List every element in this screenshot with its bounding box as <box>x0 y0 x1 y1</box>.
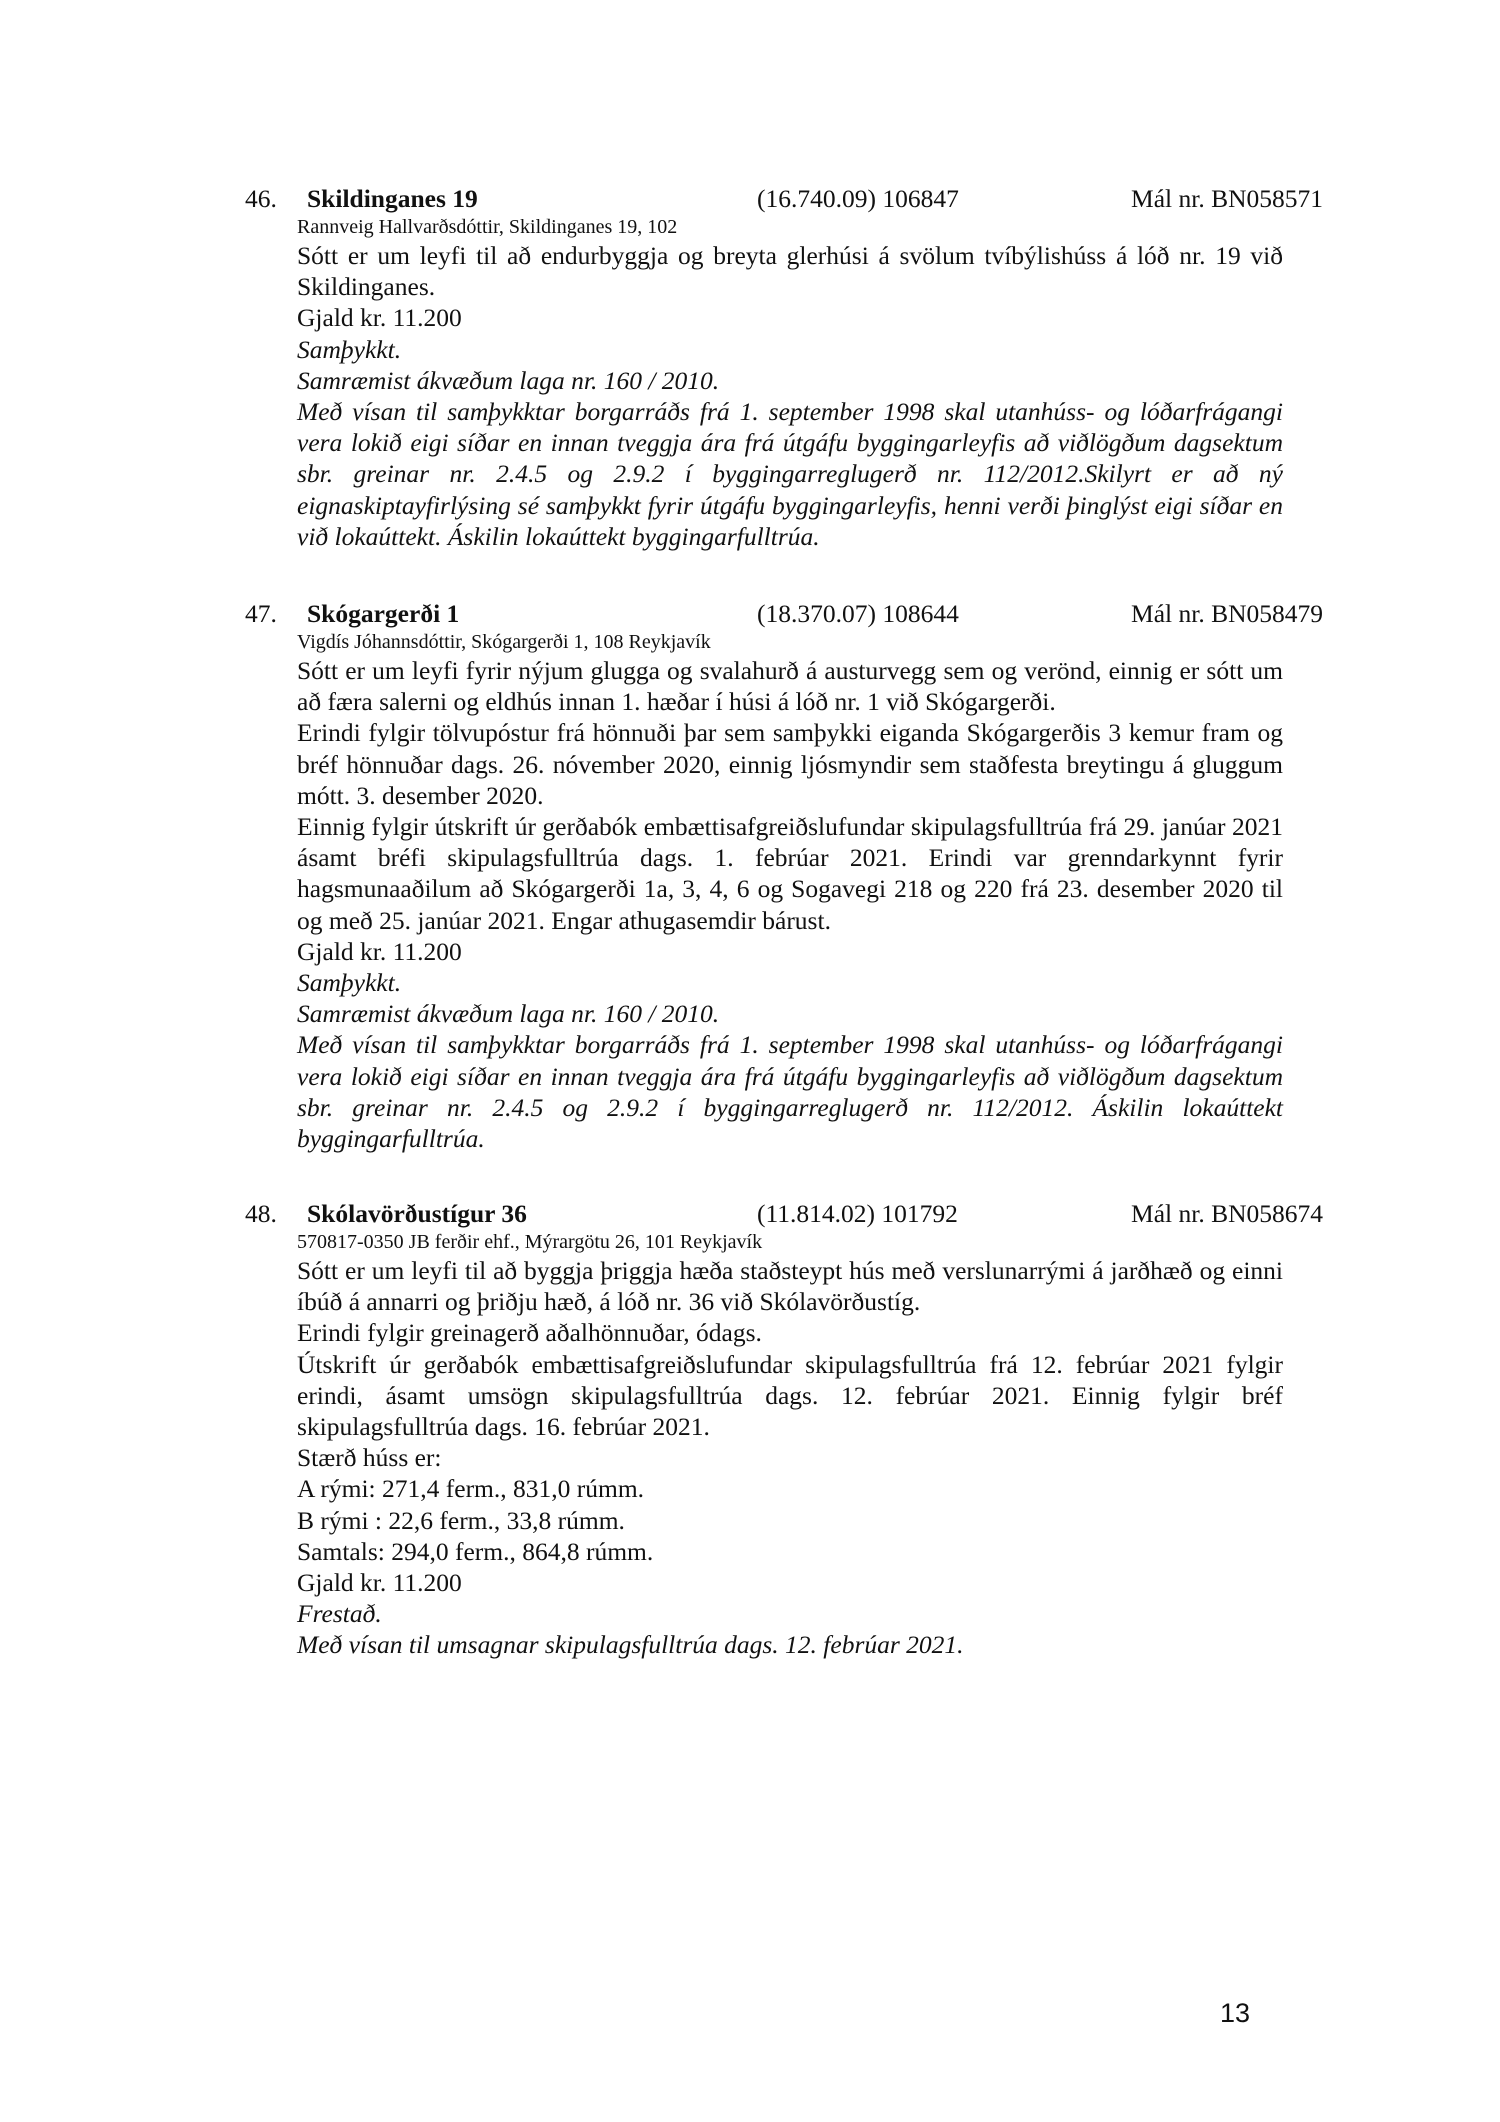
case-decision: Frestað. <box>297 1598 1283 1629</box>
case-entry: 48. Skólavörðustígur 36 (11.814.02) 1017… <box>245 1197 1285 1661</box>
case-description: Sótt er um leyfi til að byggja þriggja h… <box>297 1255 1283 1317</box>
case-land-reference: (16.740.09) 106847 <box>757 182 959 215</box>
case-address-title: Skólavörðustígur 36 <box>307 1197 527 1230</box>
case-entry: 46. Skildinganes 19 (16.740.09) 106847 M… <box>245 182 1285 552</box>
case-attachments: Erindi fylgir greinagerð aðalhönnuðar, ó… <box>297 1317 1283 1348</box>
case-header: 46. Skildinganes 19 (16.740.09) 106847 M… <box>245 182 1285 215</box>
case-attachments: Erindi fylgir tölvupóstur frá hönnuði þa… <box>297 717 1283 811</box>
case-decision: Samþykkt. <box>297 967 1283 998</box>
case-land-reference: (11.814.02) 101792 <box>757 1197 958 1230</box>
case-law-note: Samræmist ákvæðum laga nr. 160 / 2010. <box>297 365 1283 396</box>
case-fee: Gjald kr. 11.200 <box>297 302 1283 333</box>
page-number: 13 <box>1220 1998 1250 2029</box>
building-size-b: B rými : 22,6 ferm., 33,8 rúmm. <box>297 1505 1283 1536</box>
case-entry: 47. Skógargerði 1 (18.370.07) 108644 Mál… <box>245 597 1285 1154</box>
case-item-number: 47. <box>245 597 277 630</box>
case-header: 48. Skólavörðustígur 36 (11.814.02) 1017… <box>245 1197 1285 1230</box>
building-size-a: A rými: 271,4 ferm., 831,0 rúmm. <box>297 1473 1283 1504</box>
case-fee: Gjald kr. 11.200 <box>297 1567 1283 1598</box>
case-land-reference: (18.370.07) 108644 <box>757 597 959 630</box>
case-body: 570817-0350 JB ferðir ehf., Mýrargötu 26… <box>297 1230 1283 1661</box>
case-address-title: Skógargerði 1 <box>307 597 459 630</box>
case-attachments: Útskrift úr gerðabók embættisafgreiðsluf… <box>297 1349 1283 1443</box>
case-attachments: Einnig fylgir útskrift úr gerðabók embæt… <box>297 811 1283 936</box>
case-conditions: Með vísan til samþykktar borgarráðs frá … <box>297 1029 1283 1154</box>
case-applicant: Vigdís Jóhannsdóttir, Skógargerði 1, 108… <box>297 630 1283 655</box>
case-applicant: 570817-0350 JB ferðir ehf., Mýrargötu 26… <box>297 1230 1283 1255</box>
case-conditions: Með vísan til umsagnar skipulagsfulltrúa… <box>297 1629 1283 1660</box>
case-description: Sótt er um leyfi til að endurbyggja og b… <box>297 240 1283 302</box>
case-number: Mál nr. BN058674 <box>1131 1197 1323 1230</box>
case-header: 47. Skógargerði 1 (18.370.07) 108644 Mál… <box>245 597 1285 630</box>
case-law-note: Samræmist ákvæðum laga nr. 160 / 2010. <box>297 998 1283 1029</box>
case-body: Vigdís Jóhannsdóttir, Skógargerði 1, 108… <box>297 630 1283 1154</box>
building-size-total: Samtals: 294,0 ferm., 864,8 rúmm. <box>297 1536 1283 1567</box>
case-item-number: 46. <box>245 182 277 215</box>
document-page: 46. Skildinganes 19 (16.740.09) 106847 M… <box>0 0 1500 2122</box>
building-size-heading: Stærð húss er: <box>297 1442 1283 1473</box>
case-fee: Gjald kr. 11.200 <box>297 936 1283 967</box>
case-applicant: Rannveig Hallvarðsdóttir, Skildinganes 1… <box>297 215 1283 240</box>
case-number: Mál nr. BN058479 <box>1131 597 1323 630</box>
case-item-number: 48. <box>245 1197 277 1230</box>
case-number: Mál nr. BN058571 <box>1131 182 1323 215</box>
case-description: Sótt er um leyfi fyrir nýjum glugga og s… <box>297 655 1283 717</box>
case-address-title: Skildinganes 19 <box>307 182 478 215</box>
case-decision: Samþykkt. <box>297 334 1283 365</box>
case-body: Rannveig Hallvarðsdóttir, Skildinganes 1… <box>297 215 1283 552</box>
case-conditions: Með vísan til samþykktar borgarráðs frá … <box>297 396 1283 552</box>
